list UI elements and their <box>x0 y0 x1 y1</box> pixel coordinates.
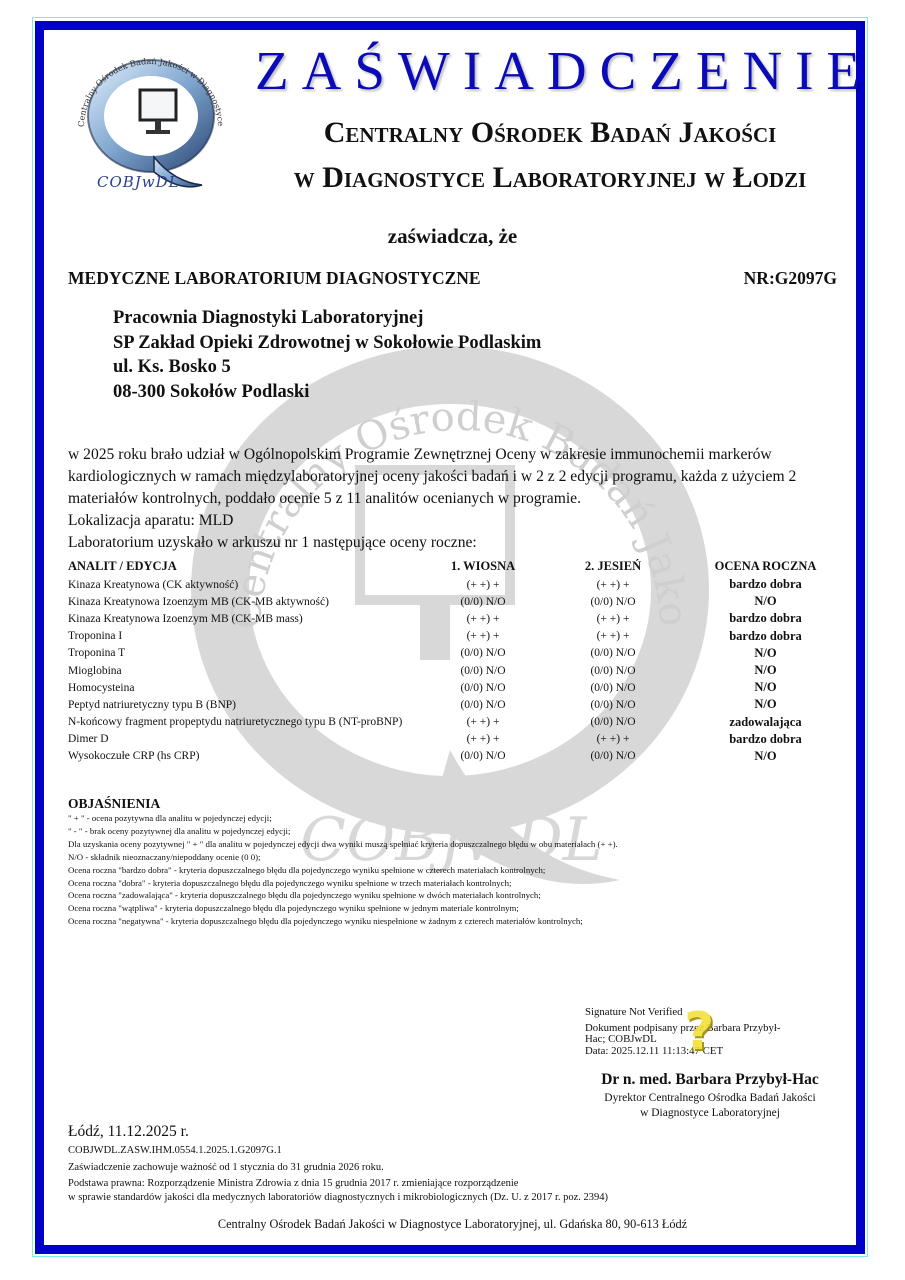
table-row: Kinaza Kreatynowa Izoenzym MB (CK-MB mas… <box>68 610 848 627</box>
spring-result-cell: (+ +) + <box>423 576 543 593</box>
logo-caption: COBJwDL <box>97 173 180 191</box>
legend-line: N/O - składnik nieoznaczany/niepoddany o… <box>68 851 618 864</box>
spring-result-cell: (+ +) + <box>423 714 543 731</box>
autumn-result-cell: (0/0) N/O <box>543 662 683 679</box>
analit-cell: Troponina T <box>68 645 423 662</box>
spring-result-cell: (+ +) + <box>423 628 543 645</box>
lab-address: Pracownia Diagnostyki Laboratoryjnej SP … <box>113 306 541 404</box>
annual-rating-cell: N/O <box>683 645 848 662</box>
footer-address: Centralny Ośrodek Badań Jakości w Diagno… <box>0 1217 905 1232</box>
spring-result-cell: (0/0) N/O <box>423 748 543 765</box>
address-line: ul. Ks. Bosko 5 <box>113 355 541 380</box>
analit-cell: N-końcowy fragment propeptydu natriurety… <box>68 714 423 731</box>
autumn-result-cell: (0/0) N/O <box>543 679 683 696</box>
place-date: Łódź, 11.12.2025 r. <box>68 1123 189 1141</box>
annual-rating-cell: N/O <box>683 593 848 610</box>
legal-basis-line2: w sprawie standardów jakości dla medyczn… <box>68 1191 608 1205</box>
device-location: Lokalizacja aparatu: MLD <box>68 510 843 532</box>
signer-role-line2: w Diagnostyce Laboratoryjnej <box>560 1106 860 1121</box>
legend-line: Ocena roczna "dobra" - kryteria dopuszcz… <box>68 877 618 890</box>
table-row: Dimer D(+ +) +(+ +) +bardzo dobra <box>68 731 848 748</box>
body-text: w 2025 roku brało udział w Ogólnopolskim… <box>68 444 843 554</box>
legend-line: Ocena roczna "negatywna" - kryteria dopu… <box>68 915 618 928</box>
header-analit: ANALIT / EDYCJA <box>68 556 423 576</box>
table-row: Mioglobina(0/0) N/O(0/0) N/ON/O <box>68 662 848 679</box>
annual-rating-cell: bardzo dobra <box>683 731 848 748</box>
lab-number: NR:G2097G <box>744 268 837 289</box>
certifies-text: zaświadcza, że <box>0 224 905 249</box>
address-line: SP Zakład Opieki Zdrowotnej w Sokołowie … <box>113 331 541 356</box>
analit-cell: Kinaza Kreatynowa (CK aktywność) <box>68 576 423 593</box>
legal-basis: Podstawa prawna: Rozporządzenie Ministra… <box>68 1177 608 1205</box>
spring-result-cell: (0/0) N/O <box>423 679 543 696</box>
annual-rating-cell: zadowalająca <box>683 714 848 731</box>
analit-cell: Peptyd natriuretyczny typu B (BNP) <box>68 696 423 713</box>
annual-rating-cell: bardzo dobra <box>683 628 848 645</box>
autumn-result-cell: (+ +) + <box>543 731 683 748</box>
document-code: COBJWDL.ZASW.IHM.0554.1.2025.1.G2097G.1 <box>68 1145 282 1156</box>
annual-rating-cell: N/O <box>683 748 848 765</box>
legend-line: Dla uzyskania oceny pozytywnej " + " dla… <box>68 838 618 851</box>
legend-line: " - " - brak oceny pozytywnej dla analit… <box>68 825 618 838</box>
autumn-result-cell: (+ +) + <box>543 610 683 627</box>
analit-cell: Wysokoczułe CRP (hs CRP) <box>68 748 423 765</box>
header-annual: OCENA ROCZNA <box>683 556 848 576</box>
table-row: Homocysteina(0/0) N/O(0/0) N/ON/O <box>68 679 848 696</box>
annual-rating-cell: N/O <box>683 662 848 679</box>
address-line: 08-300 Sokołów Podlaski <box>113 380 541 405</box>
header-spring: 1. WIOSNA <box>423 556 543 576</box>
validity-text: Zaświadczenie zachowuje ważność od 1 sty… <box>68 1162 384 1173</box>
spring-result-cell: (0/0) N/O <box>423 645 543 662</box>
legend-line: Ocena roczna "wątpliwa" - kryteria dopus… <box>68 902 618 915</box>
signer-role-line1: Dyrektor Centralnego Ośrodka Badań Jakoś… <box>560 1091 860 1106</box>
analit-cell: Troponina I <box>68 628 423 645</box>
analit-cell: Mioglobina <box>68 662 423 679</box>
table-row: Troponina I(+ +) +(+ +) +bardzo dobra <box>68 628 848 645</box>
header-autumn: 2. JESIEŃ <box>543 556 683 576</box>
legal-basis-line1: Podstawa prawna: Rozporządzenie Ministra… <box>68 1177 608 1191</box>
legend: " + " - ocena pozytywna dla analitu w po… <box>68 812 618 928</box>
table-row: Kinaza Kreatynowa Izoenzym MB (CK-MB akt… <box>68 593 848 610</box>
signer-name: Dr n. med. Barbara Przybył-Hac <box>560 1071 860 1089</box>
spring-result-cell: (0/0) N/O <box>423 696 543 713</box>
annual-rating-cell: bardzo dobra <box>683 576 848 593</box>
spring-result-cell: (+ +) + <box>423 610 543 627</box>
legend-line: Ocena roczna "bardzo dobra" - kryteria d… <box>68 864 618 877</box>
legend-line: Ocena roczna "zadowalająca" - kryteria d… <box>68 889 618 902</box>
annual-rating-cell: N/O <box>683 696 848 713</box>
participation-paragraph: w 2025 roku brało udział w Ogólnopolskim… <box>68 444 843 510</box>
legend-title: OBJAŚNIENIA <box>68 796 160 812</box>
spring-result-cell: (0/0) N/O <box>423 662 543 679</box>
table-header-row: ANALIT / EDYCJA 1. WIOSNA 2. JESIEŃ OCEN… <box>68 556 848 576</box>
signer-role: Dyrektor Centralnego Ośrodka Badań Jakoś… <box>560 1091 860 1121</box>
analit-cell: Homocysteina <box>68 679 423 696</box>
lab-type: MEDYCZNE LABORATORIUM DIAGNOSTYCZNE <box>68 268 481 289</box>
annual-rating-cell: bardzo dobra <box>683 610 848 627</box>
autumn-result-cell: (0/0) N/O <box>543 593 683 610</box>
autumn-result-cell: (+ +) + <box>543 628 683 645</box>
results-intro: Laboratorium uzyskało w arkuszu nr 1 nas… <box>68 532 843 554</box>
legend-line: " + " - ocena pozytywna dla analitu w po… <box>68 812 618 825</box>
organization-name-line2: w Diagnostyce Laboratoryjnej w Łodzi <box>250 161 850 195</box>
question-mark-icon[interactable]: ? <box>684 1002 714 1062</box>
spring-result-cell: (0/0) N/O <box>423 593 543 610</box>
spring-result-cell: (+ +) + <box>423 731 543 748</box>
annual-rating-cell: N/O <box>683 679 848 696</box>
table-row: Wysokoczułe CRP (hs CRP)(0/0) N/O(0/0) N… <box>68 748 848 765</box>
autumn-result-cell: (0/0) N/O <box>543 645 683 662</box>
organization-name-line1: Centralny Ośrodek Badań Jakości <box>250 116 850 150</box>
table-row: N-końcowy fragment propeptydu natriurety… <box>68 714 848 731</box>
address-line: Pracownia Diagnostyki Laboratoryjnej <box>113 306 541 331</box>
autumn-result-cell: (0/0) N/O <box>543 696 683 713</box>
document-title: ZAŚWIADCZENIE <box>255 40 845 102</box>
table-row: Kinaza Kreatynowa (CK aktywność)(+ +) +(… <box>68 576 848 593</box>
analit-cell: Kinaza Kreatynowa Izoenzym MB (CK-MB akt… <box>68 593 423 610</box>
table-row: Troponina T(0/0) N/O(0/0) N/ON/O <box>68 645 848 662</box>
table-row: Peptyd natriuretyczny typu B (BNP)(0/0) … <box>68 696 848 713</box>
analit-cell: Kinaza Kreatynowa Izoenzym MB (CK-MB mas… <box>68 610 423 627</box>
autumn-result-cell: (0/0) N/O <box>543 714 683 731</box>
autumn-result-cell: (+ +) + <box>543 576 683 593</box>
analit-cell: Dimer D <box>68 731 423 748</box>
results-table: ANALIT / EDYCJA 1. WIOSNA 2. JESIEŃ OCEN… <box>68 556 848 765</box>
autumn-result-cell: (0/0) N/O <box>543 748 683 765</box>
